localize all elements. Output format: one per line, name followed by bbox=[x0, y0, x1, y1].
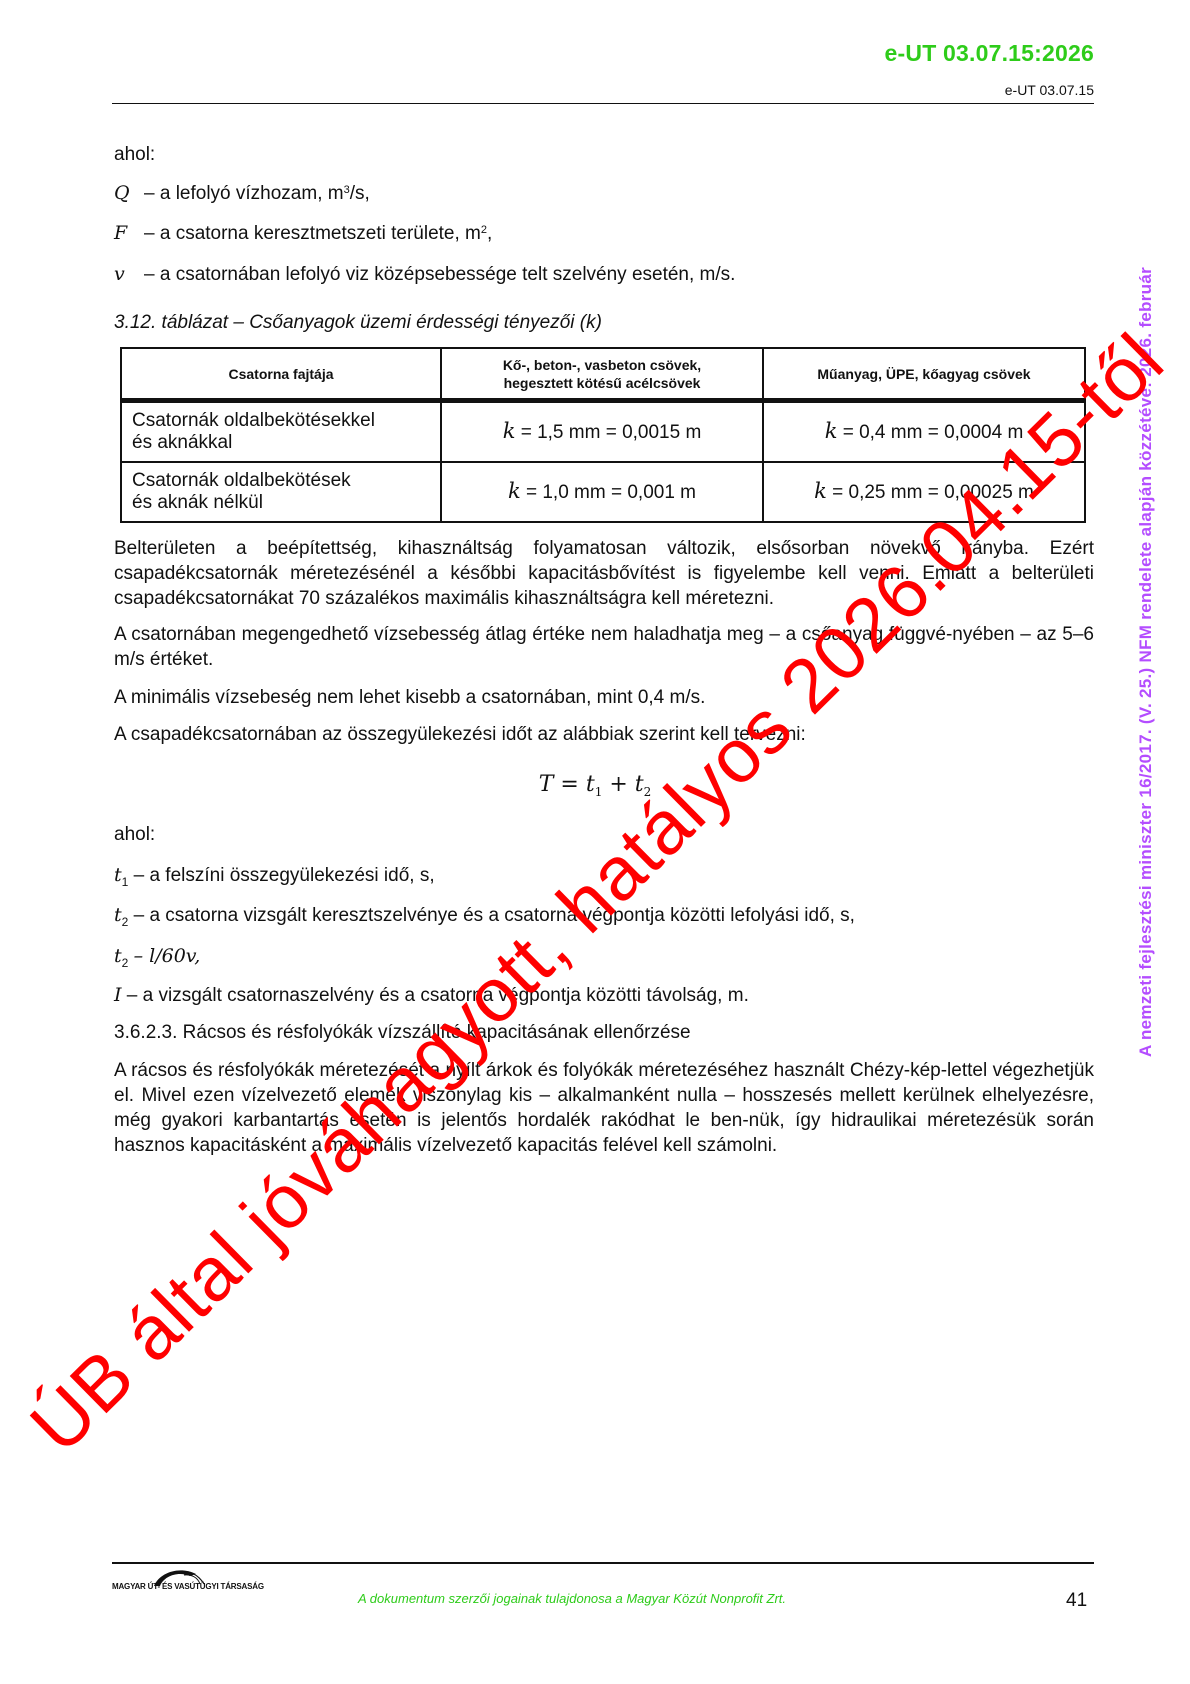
paragraph-max-velocity: A csatornában megengedhető vízsebesség á… bbox=[114, 622, 1094, 672]
definition-t2-text: – a csatorna vizsgált keresztszelvénye é… bbox=[134, 905, 855, 926]
definition-t2-formula: t2 – l/60v, bbox=[114, 945, 200, 969]
copyright-notice: A dokumentum szerzői jogainak tulajdonos… bbox=[358, 1591, 786, 1606]
definition-t2-formula-text: – l/60v, bbox=[134, 945, 201, 967]
definition-f-text: – a csatorna keresztmetszeti területe, m bbox=[144, 223, 481, 244]
definition-q: Q– a lefolyó vízhozam, m3/s, bbox=[114, 182, 370, 205]
unit-superscript: 2 bbox=[481, 224, 487, 236]
document-code-title: e-UT 03.07.15:2026 bbox=[885, 40, 1094, 67]
publication-notice: A nemzeti fejlesztési miniszter 16/2017.… bbox=[1136, 267, 1156, 1057]
paragraph-utilization: Belterületen a beépítettség, kihasználts… bbox=[114, 536, 1094, 611]
header-divider bbox=[112, 103, 1094, 104]
unit-superscript: 3 bbox=[344, 184, 350, 196]
definition-l-text: – a vizsgált csatornaszelvény és a csato… bbox=[127, 985, 749, 1006]
table-cell-k-plastic: k = 0,4 mm = 0,0004 m bbox=[763, 401, 1085, 463]
page-number: 41 bbox=[1066, 1590, 1087, 1612]
paragraph-concentration-time: A csapadékcsatornában az összegyülekezés… bbox=[114, 722, 1094, 747]
symbol-f: F bbox=[114, 222, 144, 244]
section-body: A rácsos és résfolyókák méretezését a ny… bbox=[114, 1058, 1094, 1158]
symbol-t2: t bbox=[114, 945, 122, 967]
definition-f-tail: , bbox=[487, 223, 492, 244]
table-cell-channel-type: Csatornák oldalbekötésekkelés aknákkal bbox=[121, 401, 441, 463]
society-name: MAGYAR ÚT- ÉS VASÚTÜGYI TÁRSASÁG bbox=[112, 1582, 264, 1591]
definition-t1-text: – a felszíni összegyülekezési idő, s, bbox=[134, 865, 435, 886]
symbol-l: I bbox=[114, 984, 122, 1006]
definition-v-text: – a csatornában lefolyó viz középsebessé… bbox=[144, 264, 735, 285]
formula-concentration-time: T = t1 + t2 bbox=[0, 772, 1190, 797]
definition-v: v– a csatornában lefolyó viz középsebess… bbox=[114, 263, 735, 286]
footer-divider bbox=[112, 1562, 1094, 1564]
symbol-t2: t bbox=[114, 904, 122, 926]
document-code: e-UT 03.07.15 bbox=[1005, 82, 1094, 98]
definition-q-tail: /s, bbox=[350, 183, 370, 204]
table-row: Csatornák oldalbekötésekkelés aknákkal k… bbox=[121, 401, 1085, 463]
table-cell-channel-type: Csatornák oldalbekötésekés aknák nélkül bbox=[121, 462, 441, 522]
definition-t1: t1 – a felszíni összegyülekezési idő, s, bbox=[114, 864, 435, 888]
where-label-2: ahol: bbox=[114, 824, 155, 846]
table-cell-k-concrete: k = 1,5 mm = 0,0015 m bbox=[441, 401, 763, 463]
table-caption: 3.12. táblázat – Csőanyagok üzemi érdess… bbox=[114, 312, 602, 334]
table-header-plastic-pipes: Műanyag, ÜPE, kőagyag csövek bbox=[763, 348, 1085, 401]
paragraph-min-velocity: A minimális vízsebeség nem lehet kisebb … bbox=[114, 685, 1094, 710]
table-header-row: Csatorna fajtája Kő-, beton-, vasbeton c… bbox=[121, 348, 1085, 401]
symbol-q: Q bbox=[114, 182, 144, 204]
definition-t2: t2 – a csatorna vizsgált keresztszelvény… bbox=[114, 904, 855, 928]
table-row: Csatornák oldalbekötésekés aknák nélkül … bbox=[121, 462, 1085, 522]
society-logo: MAGYAR ÚT- ÉS VASÚTÜGYI TÁRSASÁG bbox=[112, 1566, 272, 1606]
definition-l: I – a vizsgált csatornaszelvény és a csa… bbox=[114, 984, 749, 1007]
section-heading: 3.6.2.3. Rácsos és résfolyókák vízszállí… bbox=[114, 1022, 691, 1044]
where-label: ahol: bbox=[114, 144, 155, 166]
roughness-table: Csatorna fajtája Kő-, beton-, vasbeton c… bbox=[120, 347, 1086, 523]
table-cell-k-concrete: k = 1,0 mm = 0,001 m bbox=[441, 462, 763, 522]
definition-q-text: – a lefolyó vízhozam, m bbox=[144, 183, 344, 204]
symbol-v: v bbox=[114, 263, 144, 285]
table-header-channel-type: Csatorna fajtája bbox=[121, 348, 441, 401]
table-header-concrete-pipes: Kő-, beton-, vasbeton csövek,hegesztett … bbox=[441, 348, 763, 401]
table-cell-k-plastic: k = 0,25 mm = 0,00025 m bbox=[763, 462, 1085, 522]
symbol-t1: t bbox=[114, 864, 122, 886]
definition-f: F– a csatorna keresztmetszeti területe, … bbox=[114, 222, 492, 245]
